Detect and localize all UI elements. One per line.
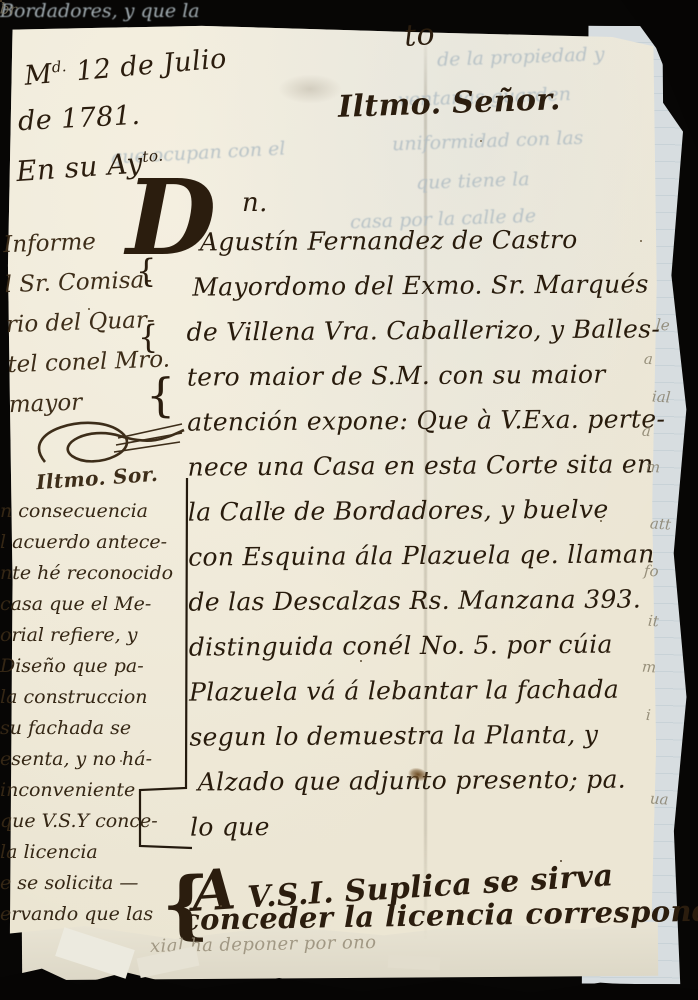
- cut-text-fragment: fo: [643, 562, 659, 581]
- body-text-line: Plazuela vá á lebantar la fachada: [189, 666, 649, 714]
- body-text-line: distinguida conél No. 5. por cúia: [189, 621, 649, 669]
- connector-brace-icon: {: [138, 318, 158, 356]
- cut-text-fragment: i: [645, 706, 651, 724]
- margin-report-line: que V.S.Y conce-: [0, 806, 186, 837]
- margin-report-line: e se solicita —: [0, 868, 186, 899]
- cut-text-fragment: ial: [651, 387, 671, 406]
- paper-specks: [0, 0, 2, 2]
- margin-report-line: n consecuencia: [0, 496, 186, 527]
- body-text-line: Agustín Fernandez de Castro: [186, 216, 646, 264]
- body-text-line: la Calle de Bordadores, y buelve: [188, 486, 648, 534]
- cut-text-fragment: m: [641, 658, 656, 677]
- margin-report-line: nte hé reconocido: [0, 558, 186, 589]
- body-text-line: segun lo demuestra la Planta, y: [189, 711, 649, 759]
- smudge-stain: [278, 74, 342, 104]
- margin-report-line: Diseño que pa-: [0, 651, 186, 682]
- ghost-text-line: Bordadores, y que la: [0, 0, 200, 22]
- margin-report-line: la licencia: [0, 837, 186, 868]
- margin-report-line: inconveniente: [0, 775, 186, 806]
- cut-text-fragment: a: [643, 350, 653, 369]
- catchword-fragment: to: [403, 17, 436, 54]
- manuscript-scan: que ocupan con elde la propiedad yventan…: [0, 0, 698, 1000]
- cut-text-fragment: it: [647, 612, 659, 631]
- cut-text-fragment: le: [655, 316, 670, 335]
- margin-informe-line: rio del Quar-: [5, 299, 186, 345]
- margin-report-line: su fachada se: [0, 713, 186, 744]
- cut-text-fragment: ua: [649, 789, 669, 808]
- margin-report-line: l acuerdo antece-: [0, 527, 186, 558]
- connector-brace-icon: {: [136, 252, 156, 290]
- petition-body-text: Agustín Fernandez de CastroMayordomo del…: [186, 216, 650, 849]
- cut-text-fragment: a: [641, 422, 651, 441]
- margin-report-line: esenta, y no há-: [0, 744, 186, 775]
- body-text-line: Mayordomo del Exmo. Sr. Marqués: [186, 261, 646, 309]
- illuminated-initial-superscript: n.: [242, 188, 268, 218]
- cut-text-fragment: br: [0, 0, 17, 19]
- connector-brace-icon: {: [146, 368, 175, 422]
- cut-text-fragment: m: [645, 458, 660, 477]
- body-text-line: tero maior de S.M. con su maior: [187, 351, 647, 399]
- margin-report-line: la construccion: [0, 682, 186, 713]
- ghost-text-line: que tiene la: [416, 168, 530, 194]
- paper-shard: [388, 955, 441, 971]
- body-text-line: con Esquina ála Plazuela qe. llaman: [188, 531, 648, 579]
- docket-date-line2: de 1781.: [17, 100, 141, 137]
- cut-text-fragment: att: [649, 514, 671, 533]
- margin-note-report: n consecuencial acuerdo antece-nte hé re…: [0, 496, 186, 930]
- body-text-line: de las Descalzas Rs. Manzana 393.: [188, 576, 648, 624]
- margin-report-line: orial refiere, y: [0, 620, 186, 651]
- body-text-line: nece una Casa en esta Corte sita en: [187, 441, 647, 489]
- body-text-line: atención expone: Que à V.Exa. perte-: [187, 396, 647, 444]
- margin-report-line: casa que el Me-: [0, 589, 186, 620]
- margin-report-line: ervando que las: [0, 899, 186, 930]
- body-text-line: de Villena Vra. Caballerizo, y Balles-: [186, 306, 646, 354]
